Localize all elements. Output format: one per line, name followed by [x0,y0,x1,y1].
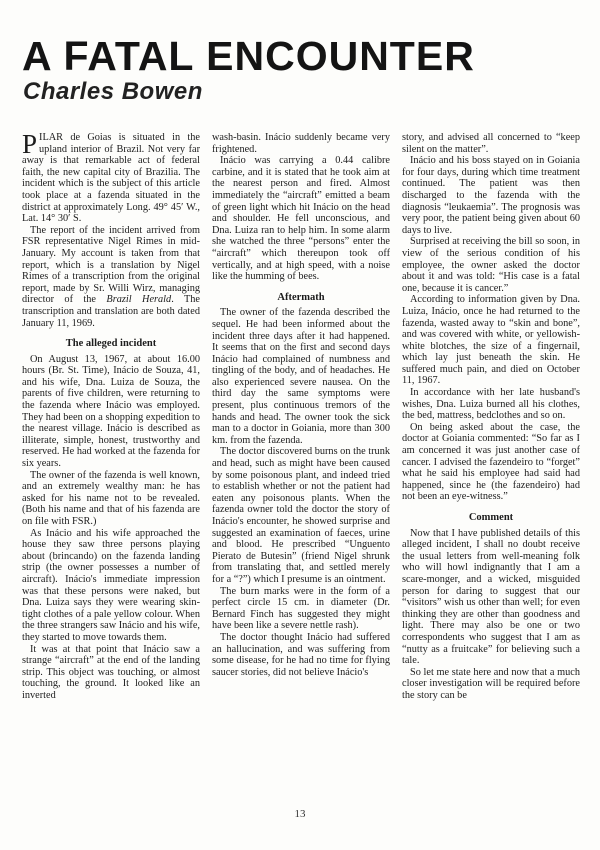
paragraph: The owner of the fazenda is well known, … [22,470,200,528]
section-heading-alleged-incident: The alleged incident [22,338,200,350]
paragraph: The doctor discovered burns on the trunk… [212,446,390,585]
drop-cap: P [22,133,37,155]
paragraph-text: The report of the incident arrived from … [22,225,200,306]
section-heading-comment: Comment [402,512,580,524]
paragraph: PILAR de Goias is situated in the upland… [22,132,200,225]
article-author: Charles Bowen [23,80,203,104]
article-title: A FATAL ENCOUNTER [22,36,475,77]
paragraph: So let me state here and now that a much… [402,667,580,702]
paragraph-text: ILAR de Goias is situated in the upland … [22,132,200,224]
paragraph: wash-basin. Inácio suddenly became very … [212,132,390,155]
paragraph: On August 13, 1967, at about 16.00 hours… [22,354,200,470]
article-body: PILAR de Goias is situated in the upland… [22,132,580,802]
column-3: story, and advised all concerned to “kee… [402,132,580,802]
paragraph: The owner of the fazenda described the s… [212,307,390,446]
paragraph: Inácio and his boss stayed on in Goiania… [402,155,580,236]
page-number: 13 [0,808,600,820]
paragraph: It was at that point that Inácio saw a s… [22,644,200,702]
paragraph: In accordance with her late husband's wi… [402,387,580,422]
paragraph: According to information given by Dna. L… [402,294,580,387]
paragraph: Inácio was carrying a 0.44 calibre carbi… [212,155,390,283]
paragraph: The doctor thought Inácio had suffered a… [212,632,390,678]
section-heading-aftermath: Aftermath [212,292,390,304]
paragraph: story, and advised all concerned to “kee… [402,132,580,155]
paragraph: As Inácio and his wife approached the ho… [22,528,200,644]
column-1: PILAR de Goias is situated in the upland… [22,132,200,802]
magazine-page: A FATAL ENCOUNTER Charles Bowen PILAR de… [0,0,600,850]
paragraph: Surprised at receiving the bill so soon,… [402,236,580,294]
paragraph: The burn marks were in the form of a per… [212,586,390,632]
paragraph: The report of the incident arrived from … [22,225,200,329]
paragraph: On being asked about the case, the docto… [402,422,580,503]
column-2: wash-basin. Inácio suddenly became very … [212,132,390,802]
publication-name: Brazil Herald [106,294,171,305]
paragraph: Now that I have published details of thi… [402,528,580,667]
